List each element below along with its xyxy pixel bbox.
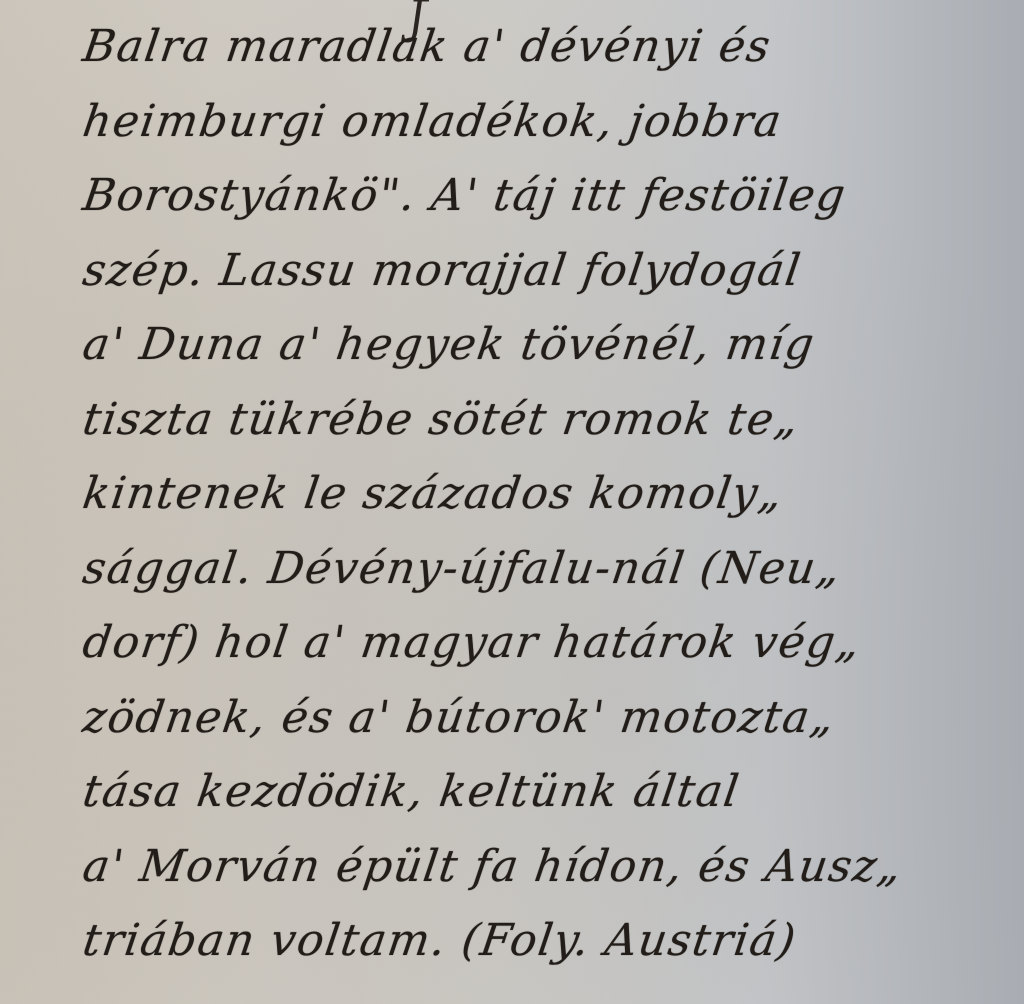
manuscript-line-8: sággal. Dévény-újfalu-nál (Neu„ [78,532,968,607]
manuscript-line-3: Borostyánkö". A' táj itt festöileg [78,159,968,234]
manuscript-line-1: Balra maradlak a' dévényi és [78,10,968,85]
manuscript-page: ƒ Balra maradlak a' dévényi és heimburgi… [0,0,1024,1004]
manuscript-line-5: a' Duna a' hegyek tövénél, míg [78,308,968,383]
manuscript-line-6: tiszta tükrébe sötét romok te„ [78,383,968,458]
manuscript-line-11: tása kezdödik, keltünk által [78,755,968,830]
handwritten-text-block: Balra maradlak a' dévényi és heimburgi o… [78,10,958,979]
manuscript-line-4: szép. Lassu morajjal folydogál [78,234,968,309]
manuscript-line-2: heimburgi omladékok, jobbra [78,85,968,160]
manuscript-line-9: dorf) hol a' magyar határok vég„ [78,606,968,681]
manuscript-line-10: zödnek, és a' bútorok' motozta„ [78,681,968,756]
manuscript-line-13: triában voltam. (Foly. Austriá) [78,904,968,979]
manuscript-line-7: kintenek le százados komoly„ [78,457,968,532]
manuscript-line-12: a' Morván épült fa hídon, és Ausz„ [78,830,968,905]
